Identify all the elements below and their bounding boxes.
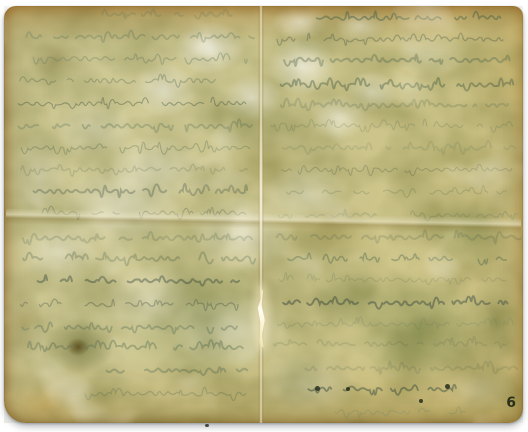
handwriting-line (288, 253, 515, 265)
handwriting-line (282, 164, 523, 175)
handwriting-right-page (271, 11, 523, 418)
handwriting-line (34, 184, 248, 197)
handwriting-layer (4, 6, 523, 423)
page-number: 6 (506, 395, 516, 411)
handwriting-line (284, 54, 509, 66)
handwriting-line (278, 209, 517, 220)
handwriting-line (274, 337, 506, 348)
handwriting-line (18, 119, 251, 132)
handwriting-line (335, 407, 465, 418)
handwriting-line (281, 78, 514, 91)
handwriting-line (33, 53, 247, 64)
handwriting-line (283, 141, 515, 155)
letter-paper: 6 (4, 6, 523, 423)
handwriting-line (107, 367, 248, 375)
handwriting-line (317, 11, 515, 20)
handwriting-line (20, 74, 251, 87)
handwriting-line (23, 252, 255, 265)
handwriting-line (283, 296, 507, 309)
handwriting-line (281, 99, 508, 111)
handwriting-line (287, 186, 520, 198)
handwriting-line (21, 299, 247, 310)
handwriting-line (277, 230, 521, 244)
ink-blot (205, 424, 209, 427)
handwriting-left-page (18, 10, 255, 401)
handwriting-line (23, 232, 252, 245)
handwriting-line (305, 361, 517, 374)
handwriting-line (277, 33, 513, 45)
handwriting-line (22, 322, 247, 334)
handwriting-line (85, 387, 245, 400)
handwriting-line (102, 10, 231, 19)
handwriting-line (18, 97, 245, 109)
handwriting-line (38, 275, 252, 286)
handwriting-line (42, 206, 245, 219)
handwriting-line (308, 385, 471, 395)
handwriting-line (28, 340, 243, 352)
handwriting-line (26, 30, 254, 42)
handwriting-line (21, 164, 247, 176)
handwriting-line (278, 317, 513, 329)
photograph: 6 (0, 0, 528, 432)
handwriting-line (279, 273, 515, 285)
handwriting-line (271, 119, 513, 132)
handwriting-line (21, 141, 249, 155)
